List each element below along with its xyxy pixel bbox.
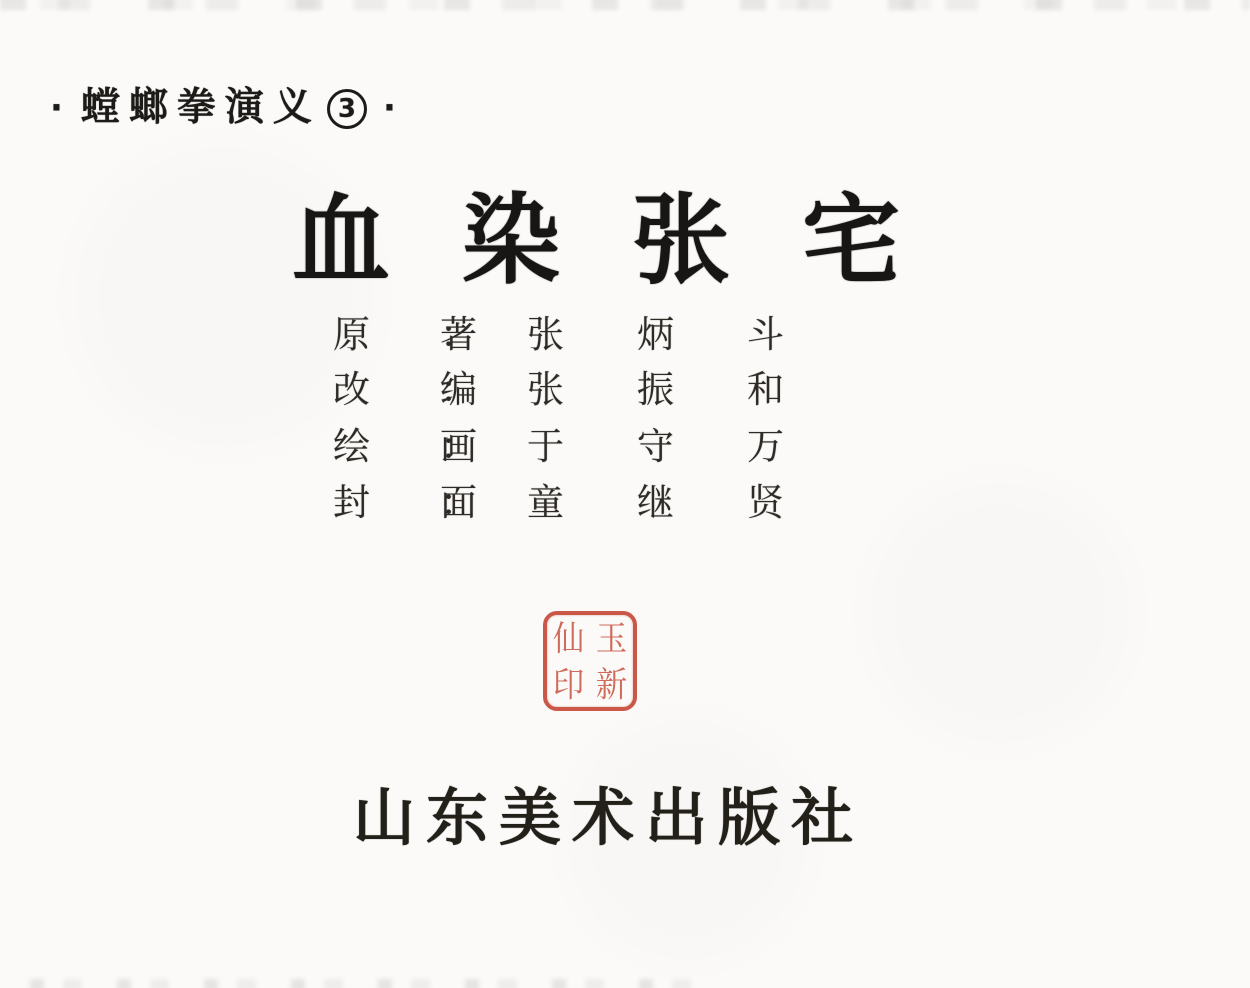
publisher-name: 山 东 美 术 出 版 社 bbox=[353, 784, 853, 852]
series-left-dot: · bbox=[50, 86, 63, 130]
credit-name-char: 于 bbox=[527, 428, 564, 465]
volume-badge-circle: 3 bbox=[327, 89, 367, 129]
title-char-3: 张 bbox=[632, 192, 730, 290]
credit-role-char: 封 bbox=[333, 484, 370, 521]
seal-glyph: 新 bbox=[596, 667, 627, 702]
credit-name-char: 守 bbox=[637, 428, 674, 465]
title-char-4: 宅 bbox=[802, 192, 900, 290]
credits-block: 原 著： 张 炳 斗 改 编： 张 振 和 绘 画： 于 守 万 封 面： 童 … bbox=[333, 316, 813, 536]
title-char-2: 染 bbox=[462, 192, 560, 290]
volume-number: 3 bbox=[338, 96, 356, 122]
series-title-text: 螳螂拳演义 bbox=[81, 86, 321, 130]
credit-role-char: 绘 bbox=[333, 428, 370, 465]
book-title-page: · 螳螂拳演义 3 · 血 染 张 宅 原 著： 张 炳 斗 改 编： 张 振 … bbox=[0, 0, 1250, 988]
credit-name-char: 继 bbox=[637, 484, 674, 521]
credit-name-char: 童 bbox=[527, 484, 564, 521]
credit-colon: ： bbox=[440, 371, 477, 408]
seal-glyph: 印 bbox=[553, 667, 584, 702]
publisher-char: 术 bbox=[572, 784, 634, 852]
credit-role-char: 改 bbox=[333, 371, 370, 408]
scan-artifact-bottom-edge bbox=[30, 979, 710, 988]
credit-name-char: 张 bbox=[527, 371, 564, 408]
series-label: · 螳螂拳演义 3 · bbox=[40, 86, 406, 130]
title-char-1: 血 bbox=[292, 192, 390, 290]
publisher-char: 社 bbox=[791, 784, 853, 852]
red-artist-seal: 仙 玉 印 新 bbox=[543, 611, 637, 711]
credit-name-char: 万 bbox=[747, 428, 784, 465]
credit-colon: ： bbox=[440, 316, 477, 353]
series-right-dot: · bbox=[383, 86, 396, 130]
credit-row-adapter: 改 编： 张 振 和 bbox=[333, 371, 813, 413]
credit-colon: ： bbox=[440, 428, 477, 465]
credit-row-illustrator: 绘 画： 于 守 万 bbox=[333, 428, 813, 470]
credit-name-char: 和 bbox=[747, 371, 784, 408]
book-title: 血 染 张 宅 bbox=[292, 192, 900, 290]
credit-row-cover-artist: 封 面： 童 继 贤 bbox=[333, 484, 813, 526]
scan-artifact-top-edge bbox=[0, 0, 1250, 10]
credit-role-char: 原 bbox=[333, 316, 370, 353]
credit-name-char: 振 bbox=[637, 371, 674, 408]
credit-colon: ： bbox=[440, 484, 477, 521]
credit-name-char: 张 bbox=[527, 316, 564, 353]
publisher-char: 版 bbox=[718, 784, 780, 852]
publisher-char: 山 bbox=[353, 784, 415, 852]
credit-name-char: 炳 bbox=[637, 316, 674, 353]
publisher-char: 美 bbox=[499, 784, 561, 852]
publisher-char: 出 bbox=[645, 784, 707, 852]
credit-row-original-author: 原 著： 张 炳 斗 bbox=[333, 316, 813, 358]
seal-glyph: 仙 bbox=[553, 621, 584, 656]
credit-name-char: 斗 bbox=[747, 316, 784, 353]
publisher-char: 东 bbox=[426, 784, 488, 852]
seal-glyph: 玉 bbox=[596, 621, 627, 656]
credit-name-char: 贤 bbox=[747, 484, 784, 521]
